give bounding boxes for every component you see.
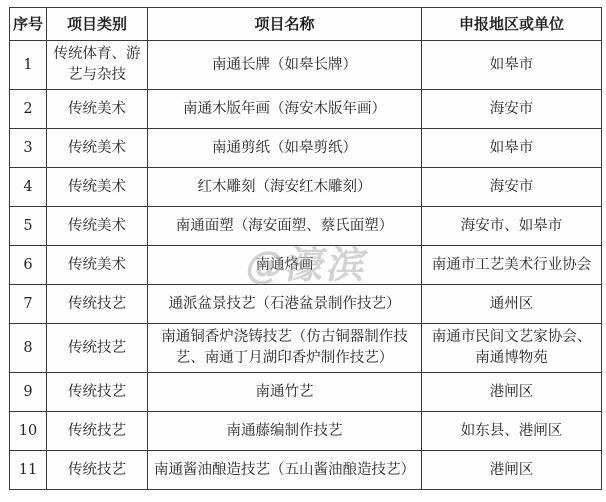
table-row: 2传统美术南通木版年画（海安木版年画）海安市 (10, 90, 602, 129)
cell-category: 传统技艺 (47, 373, 148, 412)
cell-region: 如皋市 (422, 41, 602, 90)
cell-region: 南通市民间文艺家协会、南通博物苑 (422, 324, 602, 373)
header-cell-region: 申报地区或单位 (422, 8, 602, 41)
header-cell-name: 项目名称 (148, 8, 422, 41)
cell-region: 通州区 (422, 285, 602, 324)
cell-category: 传统技艺 (47, 451, 148, 490)
cell-category: 传统美术 (47, 168, 148, 207)
cell-region: 如东县、港闸区 (422, 412, 602, 451)
cell-no: 9 (10, 373, 47, 412)
cell-category: 传统技艺 (47, 324, 148, 373)
table-row: 11传统技艺南通酱油酿造技艺（五山酱油酿造技艺）港闸区 (10, 451, 602, 490)
cell-category: 传统美术 (47, 246, 148, 285)
cell-category: 传统美术 (47, 129, 148, 168)
cell-region: 如皋市 (422, 129, 602, 168)
cell-category: 传统美术 (47, 90, 148, 129)
cell-no: 10 (10, 412, 47, 451)
table-row: 5传统美术南通面塑（海安面塑、蔡氏面塑）海安市、如皋市 (10, 207, 602, 246)
cell-no: 7 (10, 285, 47, 324)
cell-name: 南通木版年画（海安木版年画） (148, 90, 422, 129)
cell-no: 1 (10, 41, 47, 90)
document-page: 序号 项目类别 项目名称 申报地区或单位 1传统体育、游艺与杂技南通长牌（如皋长… (0, 0, 606, 502)
cell-no: 11 (10, 451, 47, 490)
cell-region: 海安市 (422, 90, 602, 129)
table-row: 9传统技艺南通竹艺港闸区 (10, 373, 602, 412)
cell-name: 南通铜香炉浇铸技艺（仿古铜器制作技艺、南通丁月湖印香炉制作技艺） (148, 324, 422, 373)
cell-name: 南通烙画 (148, 246, 422, 285)
table-row: 7传统技艺通派盆景技艺（石港盆景制作技艺）通州区 (10, 285, 602, 324)
cell-region: 港闸区 (422, 373, 602, 412)
cell-name: 通派盆景技艺（石港盆景制作技艺） (148, 285, 422, 324)
cell-region: 海安市、如皋市 (422, 207, 602, 246)
cell-region: 南通市工艺美术行业协会 (422, 246, 602, 285)
table-row: 10传统技艺南通藤编制作技艺如东县、港闸区 (10, 412, 602, 451)
table-row: 3传统美术南通剪纸（如皋剪纸）如皋市 (10, 129, 602, 168)
table-row: 6传统美术南通烙画南通市工艺美术行业协会 (10, 246, 602, 285)
cell-name: 南通面塑（海安面塑、蔡氏面塑） (148, 207, 422, 246)
cell-name: 南通竹艺 (148, 373, 422, 412)
cell-name: 南通藤编制作技艺 (148, 412, 422, 451)
cell-category: 传统技艺 (47, 285, 148, 324)
table-body: 1传统体育、游艺与杂技南通长牌（如皋长牌）如皋市2传统美术南通木版年画（海安木版… (10, 41, 602, 490)
table-row: 4传统美术红木雕刻（海安红木雕刻）海安市 (10, 168, 602, 207)
heritage-projects-table: 序号 项目类别 项目名称 申报地区或单位 1传统体育、游艺与杂技南通长牌（如皋长… (9, 7, 602, 490)
cell-region: 港闸区 (422, 451, 602, 490)
cell-no: 4 (10, 168, 47, 207)
cell-no: 2 (10, 90, 47, 129)
table-row: 8传统技艺南通铜香炉浇铸技艺（仿古铜器制作技艺、南通丁月湖印香炉制作技艺）南通市… (10, 324, 602, 373)
cell-name: 南通剪纸（如皋剪纸） (148, 129, 422, 168)
cell-name: 南通长牌（如皋长牌） (148, 41, 422, 90)
cell-no: 6 (10, 246, 47, 285)
cell-name: 红木雕刻（海安红木雕刻） (148, 168, 422, 207)
cell-region: 海安市 (422, 168, 602, 207)
cell-no: 5 (10, 207, 47, 246)
cell-category: 传统美术 (47, 207, 148, 246)
header-row: 序号 项目类别 项目名称 申报地区或单位 (10, 8, 602, 41)
table-header: 序号 项目类别 项目名称 申报地区或单位 (10, 8, 602, 41)
cell-category: 传统技艺 (47, 412, 148, 451)
cell-name: 南通酱油酿造技艺（五山酱油酿造技艺） (148, 451, 422, 490)
cell-no: 8 (10, 324, 47, 373)
cell-no: 3 (10, 129, 47, 168)
cell-category: 传统体育、游艺与杂技 (47, 41, 148, 90)
header-cell-no: 序号 (10, 8, 47, 41)
header-cell-category: 项目类别 (47, 8, 148, 41)
table-row: 1传统体育、游艺与杂技南通长牌（如皋长牌）如皋市 (10, 41, 602, 90)
